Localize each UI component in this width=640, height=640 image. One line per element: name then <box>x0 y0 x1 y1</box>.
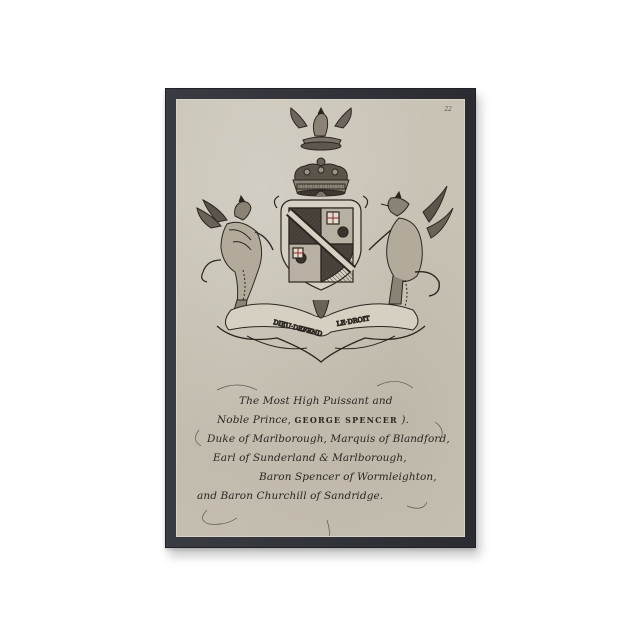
inscription-name: GEORGE SPENCER <box>295 415 398 425</box>
inscription-line-4: Earl of Sunderland & Marlborough, <box>197 449 450 468</box>
shield-icon <box>274 191 367 290</box>
inscription-line-3: Duke of Marlborough, Marquis of Blandfor… <box>197 430 450 449</box>
motto-scroll: DIEU·DEFEND LE·DROIT <box>217 300 425 362</box>
engraving-paper: 22 <box>176 99 465 537</box>
inscription-line-2-prefix: Noble Prince, <box>217 414 295 426</box>
dragon-supporter-icon <box>369 186 453 306</box>
dedication-inscription: The Most High Puissant and Noble Prince,… <box>197 392 450 506</box>
inscription-line-6: and Baron Churchill of Sandridge. <box>197 487 450 506</box>
griffin-supporter-icon <box>197 196 273 314</box>
inscription-line-2: Noble Prince, GEORGE SPENCER ). <box>197 411 450 430</box>
inscription-line-1: The Most High Puissant and <box>197 392 450 411</box>
picture-frame: 22 <box>165 88 476 548</box>
inscription-line-2-suffix: ). <box>398 414 409 426</box>
coronet-icon <box>293 158 349 196</box>
inscription-line-5: Baron Spencer of Wormleighton, <box>197 468 450 487</box>
griffin-crest-icon <box>291 108 352 150</box>
